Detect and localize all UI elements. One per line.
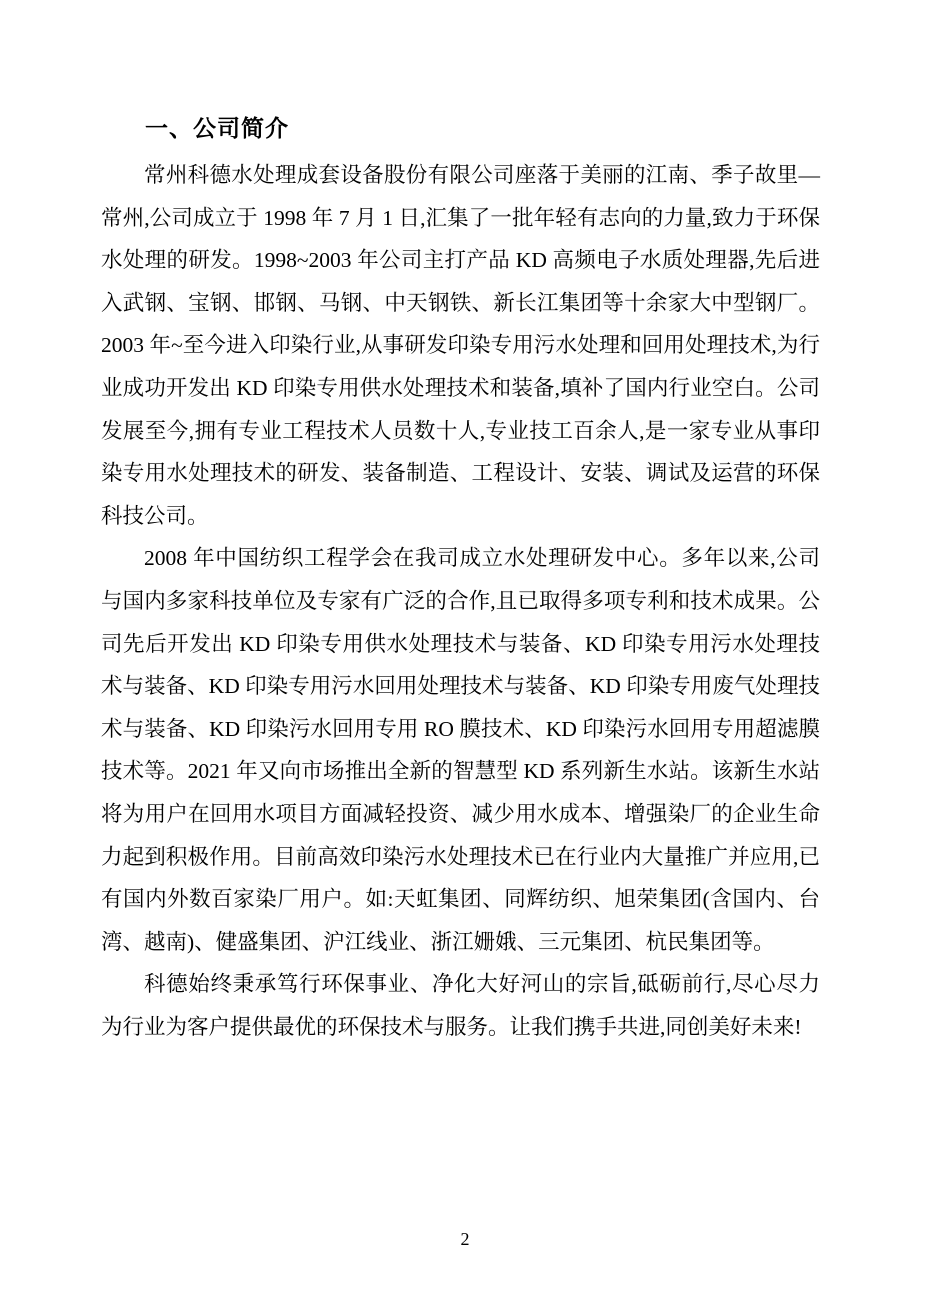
document-page: 一、公司简介 常州科德水处理成套设备股份有限公司座落于美丽的江南、季子故里—常州… [0, 0, 930, 1316]
section-heading: 一、公司简介 [145, 106, 820, 152]
paragraph-closing: 科德始终秉承笃行环保事业、净化大好河山的宗旨,砥砺前行,尽心尽力为行业为客户提供… [101, 963, 820, 1048]
document-body: 一、公司简介 常州科德水处理成套设备股份有限公司座落于美丽的江南、季子故里—常州… [101, 106, 820, 1048]
paragraph-rd-achievements: 2008 年中国纺织工程学会在我司成立水处理研发中心。多年以来,公司与国内多家科… [101, 537, 820, 963]
paragraph-company-intro: 常州科德水处理成套设备股份有限公司座落于美丽的江南、季子故里—常州,公司成立于 … [101, 154, 820, 537]
page-number: 2 [0, 1228, 930, 1250]
